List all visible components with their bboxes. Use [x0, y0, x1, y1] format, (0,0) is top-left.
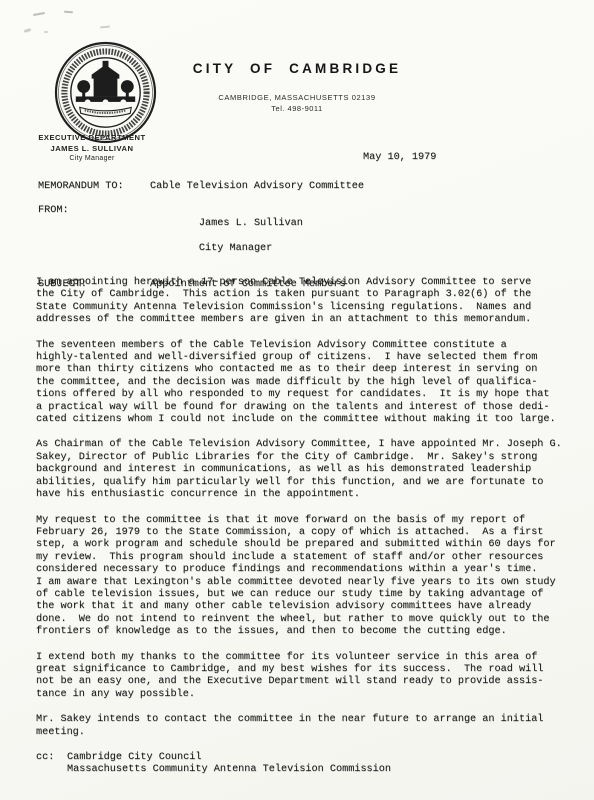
body-paragraph-3: As Chairman of the Cable Television Advi…: [36, 439, 576, 501]
body-paragraph-4: My request to the committee is that it m…: [36, 515, 576, 639]
memo-to-label: MEMORANDUM TO:: [38, 181, 150, 193]
memo-header: MEMORANDUM TO: Cable Television Advisory…: [38, 181, 568, 292]
cc-block: cc: Cambridge City Council Massachusetts…: [36, 752, 576, 777]
pencil-smudge: [64, 11, 73, 14]
department-block: EXECUTIVE DEPARTMENT JAMES L. SULLIVAN C…: [28, 133, 156, 165]
manager-title: City Manager: [28, 154, 156, 165]
body-paragraph-1: I am appointing herewith a 17-person Cab…: [36, 277, 576, 327]
memo-to-row: MEMORANDUM TO: Cable Television Advisory…: [38, 181, 568, 193]
pencil-smudge: [100, 25, 110, 28]
memo-from-row: FROM: James L. Sullivan City Manager: [38, 205, 568, 267]
memo-from-label: FROM:: [38, 205, 150, 267]
letter-body: I am appointing herewith a 17-person Cab…: [36, 277, 576, 777]
pencil-smudge: [24, 28, 32, 33]
memo-from-name: James L. Sullivan: [199, 218, 303, 229]
body-paragraph-5: I extend both my thanks to the committee…: [36, 652, 576, 702]
cc-label: cc:: [36, 752, 67, 777]
pencil-smudge: [33, 12, 45, 16]
letterhead-phone: Tel. 498-9011: [0, 104, 594, 113]
letterhead-address: CAMBRIDGE, MASSACHUSETTS 02139: [0, 93, 594, 102]
body-paragraph-6: Mr. Sakey intends to contact the committ…: [36, 714, 576, 739]
cc-recipient: Massachusetts Community Antenna Televisi…: [67, 764, 391, 776]
letterhead-title: CITY OF CAMBRIDGE: [0, 61, 594, 76]
memo-to-value: Cable Television Advisory Committee: [150, 181, 568, 193]
letter-date: May 10, 1979: [363, 152, 436, 163]
cc-recipient: Cambridge City Council: [67, 752, 391, 764]
department-name: EXECUTIVE DEPARTMENT: [28, 133, 156, 144]
letter-page: CITY OF CAMBRIDGE CAMBRIDGE, MASSACHUSET…: [0, 0, 594, 800]
memo-from-value: James L. Sullivan City Manager: [150, 205, 568, 267]
memo-from-title: City Manager: [199, 243, 272, 254]
body-paragraph-2: The seventeen members of the Cable Telev…: [36, 340, 576, 427]
pencil-smudge: [44, 31, 48, 33]
cc-recipients: Cambridge City Council Massachusetts Com…: [67, 752, 391, 777]
manager-name: JAMES L. SULLIVAN: [28, 144, 156, 155]
